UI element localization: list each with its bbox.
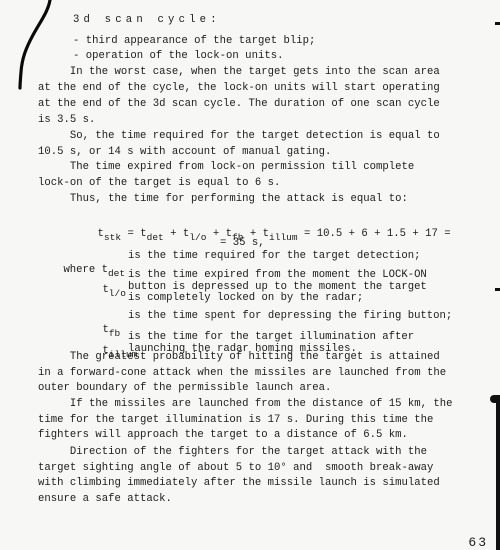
paragraph-line: with climbing immediately after the miss… [38, 477, 440, 490]
paragraph-line: fighters will approach the target to a d… [38, 429, 408, 442]
paragraph-line: outer boundary of the permissible launch… [38, 382, 331, 395]
paragraph-line: lock-on of the target is equal to 6 s. [38, 177, 280, 190]
paragraph-line: at the end of the 3d scan cycle. The dur… [38, 98, 440, 111]
definition-term: tl/o [77, 271, 126, 310]
paragraph-line: ensure a safe attack. [38, 493, 172, 506]
paragraph-line: time for the target illumination is 17 s… [38, 414, 433, 427]
paragraph-line: Direction of the fighters for the target… [38, 446, 427, 459]
paragraph-line: in a forward-cone attack when the missil… [38, 367, 446, 380]
paragraph-line: target sighting angle of about 5 to 10° … [38, 462, 433, 475]
paragraph-line: 10.5 s, or 14 s with account of manual g… [38, 146, 331, 159]
page-edge-shadow [496, 395, 500, 550]
paragraph-line: Thus, the time for performing the attack… [38, 193, 408, 206]
page-number: 63 [468, 536, 488, 550]
formula-result: = 35 s, [220, 237, 265, 250]
paragraph-line: If the missiles are launched from the di… [38, 398, 453, 411]
paragraph-line: In the worst case, when the target gets … [38, 66, 440, 79]
paragraph-line: So, the time required for the target det… [38, 130, 440, 143]
paragraph-line: The time expired from lock-on permission… [38, 161, 414, 174]
paragraph-line: at the end of the cycle, the lock-on uni… [38, 82, 440, 95]
definition-text: is the time expired from the moment the … [128, 270, 427, 305]
margin-pen-stroke-icon [0, 0, 60, 95]
section-heading: 3d scan cycle: [73, 14, 221, 27]
edge-mark-icon [495, 288, 500, 291]
edge-mark-icon [495, 22, 500, 25]
paragraph-line: is 3.5 s. [38, 114, 95, 127]
bullet-item: - operation of the lock-on units. [73, 50, 283, 63]
definition-text: is the time required for the target dete… [128, 251, 420, 263]
paragraph-line: The greatest probability of hitting the … [38, 351, 440, 364]
document-page: 3d scan cycle: - third appearance of the… [0, 0, 500, 550]
definition-text: is the time spent for depressing the fir… [128, 311, 452, 323]
bullet-item: - third appearance of the target blip; [73, 35, 315, 48]
